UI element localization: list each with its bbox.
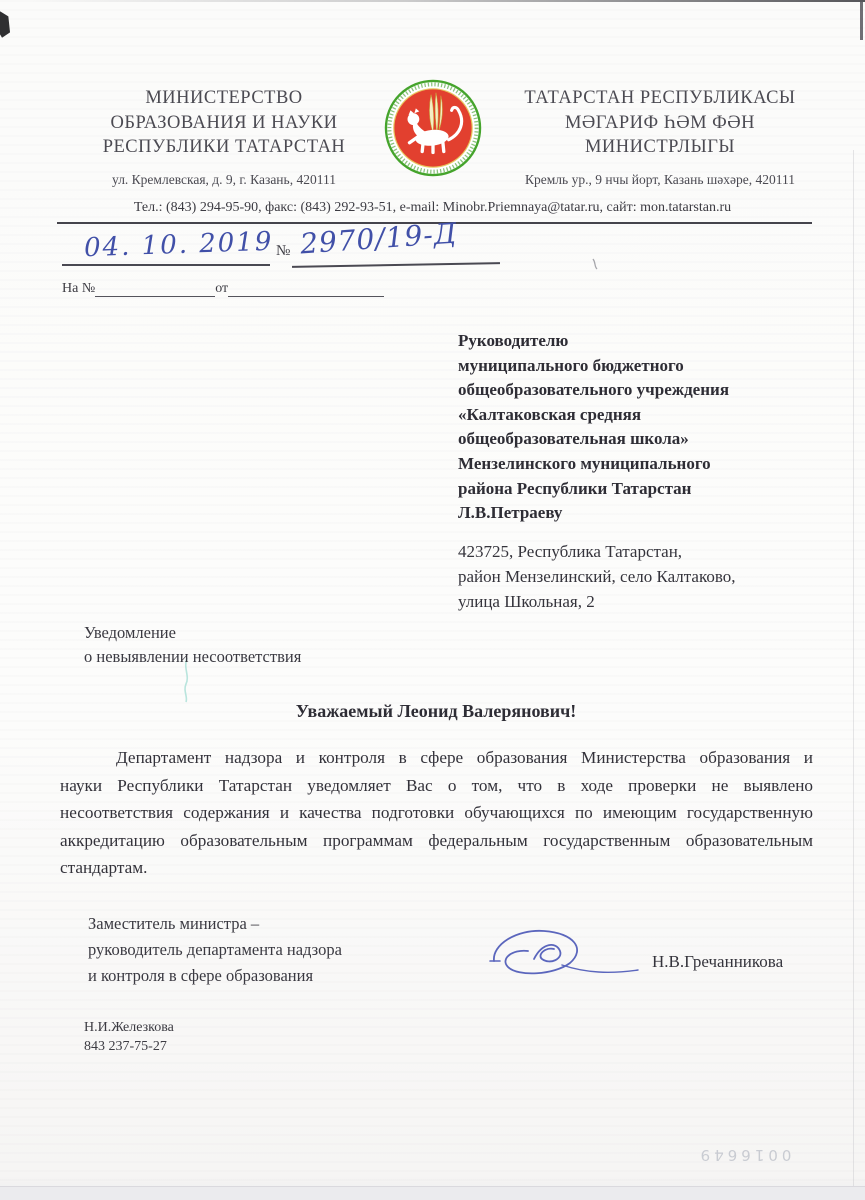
handwritten-signature: [488, 919, 660, 993]
recipient-line: Руководителю: [458, 329, 729, 354]
recipient-line: общеобразовательная школа»: [458, 427, 729, 452]
handwritten-date: 04. 10. 2019: [84, 227, 274, 264]
scan-serial-number: 0016649: [688, 1146, 800, 1164]
document-subject: Уведомление о невыявлении несоответствия: [84, 621, 301, 669]
recipient-line: муниципального бюджетного: [458, 354, 729, 379]
number-underline: [292, 262, 500, 268]
number-sign-label: №: [276, 243, 290, 260]
scan-right-paper-edge: [853, 150, 854, 1200]
salutation: Уважаемый Леонид Валерянович!: [60, 701, 812, 722]
ministry-ru-line2: ОБРАЗОВАНИЯ И НАУКИ: [58, 111, 390, 136]
body-paragraph: Департамент надзора и контроля в сфере о…: [60, 744, 813, 882]
executor-name: Н.И.Железкова: [84, 1018, 174, 1037]
date-underline: [62, 264, 270, 266]
recipient-line: Л.В.Петраеву: [458, 501, 729, 526]
contact-line: Тел.: (843) 294-95-90, факс: (843) 292-9…: [0, 200, 865, 216]
ministry-tat-line3: МИНИСТРЛЫГЫ: [462, 135, 858, 160]
executor-phone: 843 237-75-27: [84, 1037, 174, 1056]
reply-reference-row: На № от: [62, 281, 384, 297]
reply-date-blank: [228, 281, 384, 297]
recipient-postal-address: 423725, Республика Татарстан, район Менз…: [458, 539, 736, 614]
recipient-line: «Калтаковская средняя: [458, 403, 729, 428]
recipient-address-line: улица Школьная, 2: [458, 589, 736, 614]
ministry-tat-line1: ТАТАРСТАН РЕСПУБЛИКАСЫ: [462, 86, 858, 111]
recipient-address-line: район Мензелинский, село Калтаково,: [458, 564, 736, 589]
ministry-name-tatar: ТАТАРСТАН РЕСПУБЛИКАСЫ МӘГАРИФ ҺӘМ ФӘН М…: [462, 86, 858, 188]
reply-number-blank: [95, 281, 215, 297]
scan-right-edge-mark: [860, 0, 863, 40]
ministry-ru-address: ул. Кремлевская, д. 9, г. Казань, 420111: [58, 172, 390, 188]
ministry-ru-line3: РЕСПУБЛИКИ ТАТАРСТАН: [58, 135, 390, 160]
scan-corner-blob: [0, 11, 13, 39]
ministry-tat-address: Кремль ур., 9 нчы йорт, Казань шәхәре, 4…: [462, 172, 858, 188]
ministry-name-russian: МИНИСТЕРСТВО ОБРАЗОВАНИЯ И НАУКИ РЕСПУБЛ…: [58, 86, 390, 188]
executor-block: Н.И.Железкова 843 237-75-27: [84, 1018, 174, 1056]
recipient-block: Руководителю муниципального бюджетного о…: [458, 329, 729, 526]
scan-bottom-band: [0, 1186, 865, 1200]
scanned-letter-page: 0016649 МИНИСТЕРСТВО ОБРАЗОВАНИЯ И НАУКИ…: [0, 0, 865, 1200]
subject-line1: Уведомление: [84, 621, 301, 645]
signer-name: Н.В.Гречанникова: [652, 952, 783, 972]
subject-line2: о невыявлении несоответствия: [84, 645, 301, 669]
signer-position-block: Заместитель министра – руководитель депа…: [88, 911, 342, 988]
recipient-address-line: 423725, Республика Татарстан,: [458, 539, 736, 564]
recipient-line: района Республики Татарстан: [458, 477, 729, 502]
reply-from-label: от: [215, 281, 228, 297]
reply-prefix-label: На №: [62, 281, 95, 297]
signer-position-line: руководитель департамента надзора: [88, 937, 342, 963]
signer-position-line: и контроля в сфере образования: [88, 963, 342, 989]
ministry-tat-line2: МӘГАРИФ ҺӘМ ФӘН: [462, 111, 858, 136]
scan-speck-mark: [590, 257, 600, 271]
ministry-ru-line1: МИНИСТЕРСТВО: [58, 86, 390, 111]
scan-top-edge-line: [30, 0, 865, 2]
recipient-line: общеобразовательного учреждения: [458, 378, 729, 403]
signer-position-line: Заместитель министра –: [88, 911, 342, 937]
recipient-line: Мензелинского муниципального: [458, 452, 729, 477]
